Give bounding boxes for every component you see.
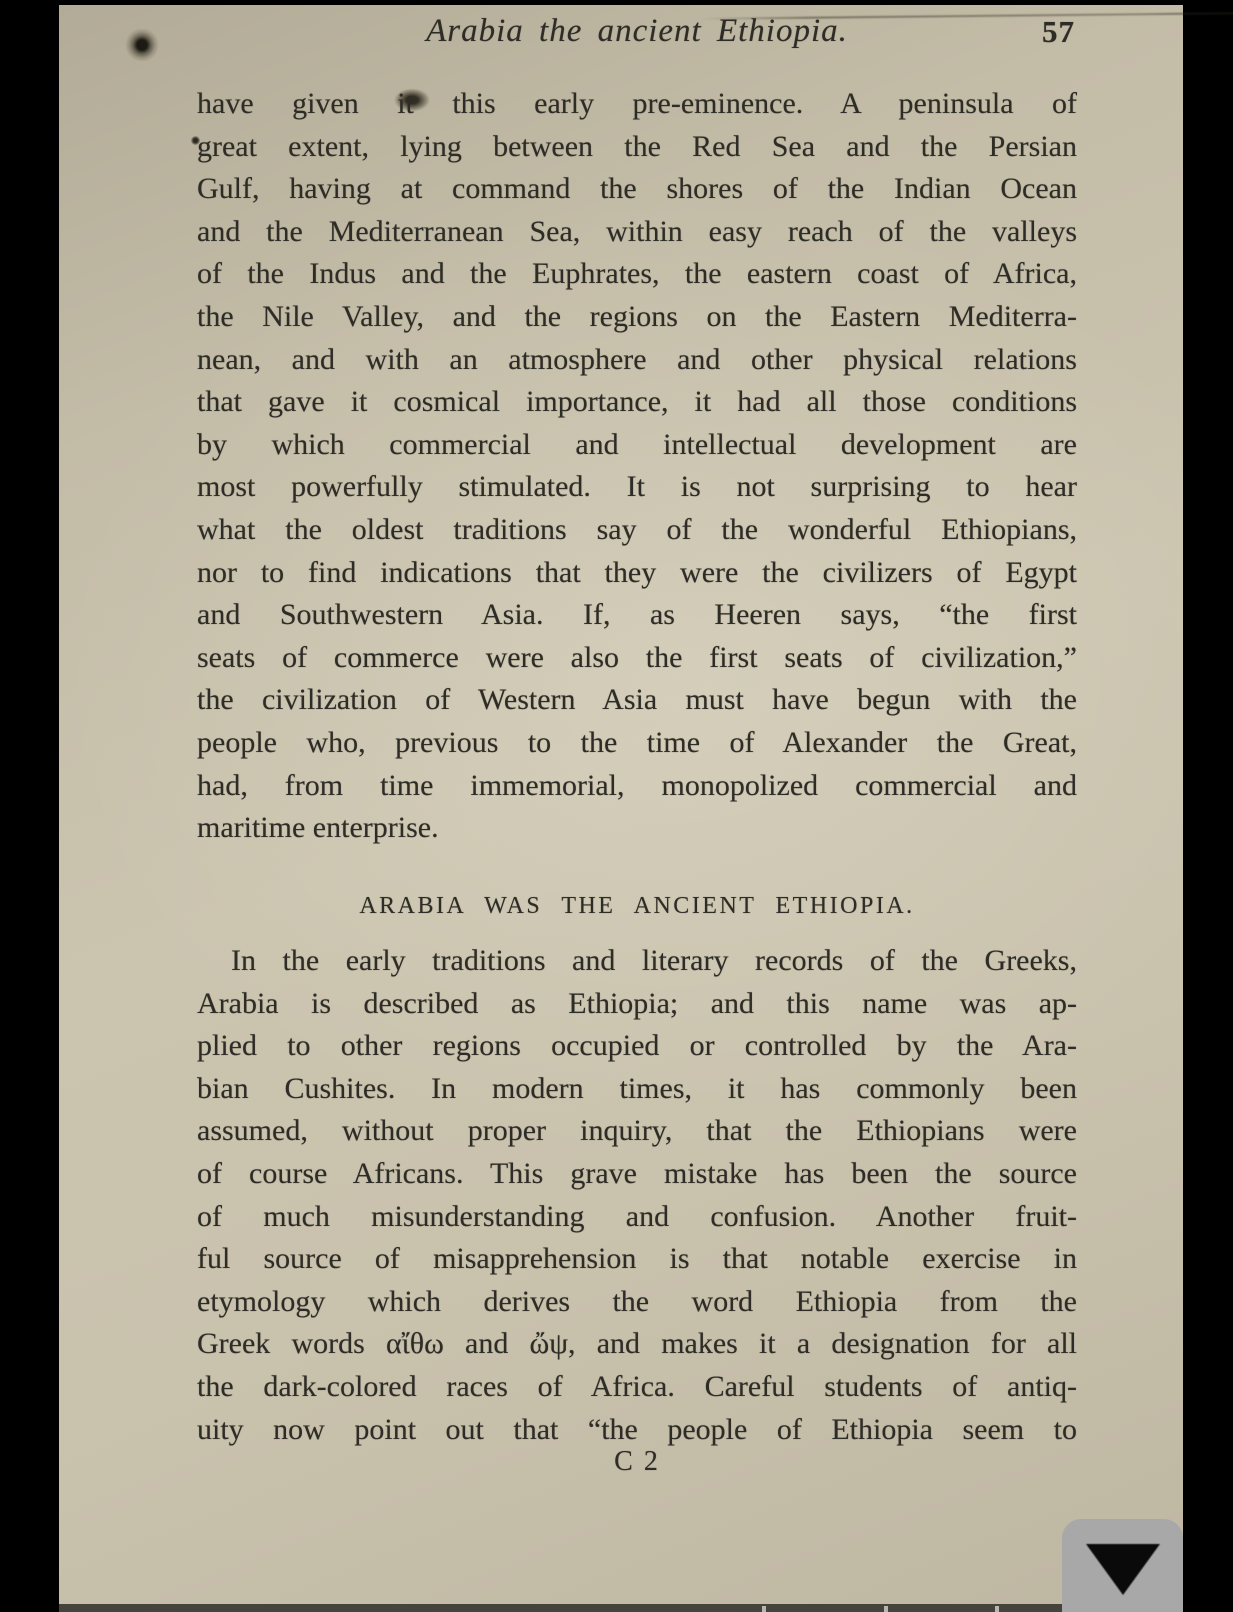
text-line: assumed, without proper inquiry, that th… bbox=[197, 1110, 1077, 1153]
text-line: nor to find indications that they were t… bbox=[197, 552, 1077, 595]
paragraph: In the early traditions and literary rec… bbox=[197, 940, 1077, 1451]
text-line: had, from time immemorial, monopolized c… bbox=[197, 765, 1077, 808]
edge-tick bbox=[762, 1606, 766, 1612]
text-line: uity now point out that “the people of E… bbox=[197, 1409, 1077, 1452]
scroll-down-button[interactable] bbox=[1062, 1519, 1183, 1612]
text-line: of course Africans. This grave mistake h… bbox=[197, 1153, 1077, 1196]
text-line: ful source of misapprehension is that no… bbox=[197, 1238, 1077, 1281]
text-line: nean, and with an atmosphere and other p… bbox=[197, 339, 1077, 382]
text-line: the civilization of Western Asia must ha… bbox=[197, 679, 1077, 722]
text-line: that gave it cosmical importance, it had… bbox=[197, 381, 1077, 424]
section-heading: ARABIA WAS THE ANCIENT ETHIOPIA. bbox=[197, 891, 1077, 921]
page-number: 57 bbox=[1042, 13, 1075, 51]
text-line: In the early traditions and literary rec… bbox=[197, 940, 1077, 983]
text-line: most powerfully stimulated. It is not su… bbox=[197, 466, 1077, 509]
text-line: bian Cushites. In modern times, it has c… bbox=[197, 1068, 1077, 1111]
running-title: Arabia the ancient Ethiopia. bbox=[197, 11, 1077, 51]
page-text-block: Arabia the ancient Ethiopia. 57 have giv… bbox=[197, 5, 1077, 1604]
text-line: maritime enterprise. bbox=[197, 807, 1077, 850]
text-line: seats of commerce were also the first se… bbox=[197, 637, 1077, 680]
paragraph: have given it this early pre-eminence. A… bbox=[197, 83, 1077, 850]
scroll-down-icon bbox=[1086, 1544, 1160, 1595]
text-line: what the oldest traditions say of the wo… bbox=[197, 509, 1077, 552]
text-line: plied to other regions occupied or contr… bbox=[197, 1025, 1077, 1068]
ink-blot bbox=[125, 29, 159, 61]
page-header: Arabia the ancient Ethiopia. 57 bbox=[197, 11, 1077, 55]
text-line: the dark-colored races of Africa. Carefu… bbox=[197, 1366, 1077, 1409]
scanned-book-page: Arabia the ancient Ethiopia. 57 have giv… bbox=[59, 5, 1183, 1604]
text-line: etymology which derives the word Ethiopi… bbox=[197, 1281, 1077, 1324]
edge-tick bbox=[884, 1606, 888, 1612]
text-line: of the Indus and the Euphrates, the east… bbox=[197, 253, 1077, 296]
text-line: people who, previous to the time of Alex… bbox=[197, 722, 1077, 765]
page-edge-strip bbox=[59, 1604, 1183, 1612]
viewer-background: Arabia the ancient Ethiopia. 57 have giv… bbox=[0, 0, 1233, 1612]
text-line: great extent, lying between the Red Sea … bbox=[197, 126, 1077, 169]
text-line: of much misunderstanding and confusion. … bbox=[197, 1196, 1077, 1239]
text-line: Greek words αἴθω and ὤψ, and makes it a … bbox=[197, 1323, 1077, 1366]
text-line: have given it this early pre-eminence. A… bbox=[197, 83, 1077, 126]
text-line: Arabia is described as Ethiopia; and thi… bbox=[197, 983, 1077, 1026]
text-line: Gulf, having at command the shores of th… bbox=[197, 168, 1077, 211]
signature-mark: C 2 bbox=[197, 1446, 1077, 1478]
text-line: the Nile Valley, and the regions on the … bbox=[197, 296, 1077, 339]
text-line: and the Mediterranean Sea, within easy r… bbox=[197, 211, 1077, 254]
edge-tick bbox=[995, 1606, 999, 1612]
text-line: and Southwestern Asia. If, as Heeren say… bbox=[197, 594, 1077, 637]
text-line: by which commercial and intellectual dev… bbox=[197, 424, 1077, 467]
